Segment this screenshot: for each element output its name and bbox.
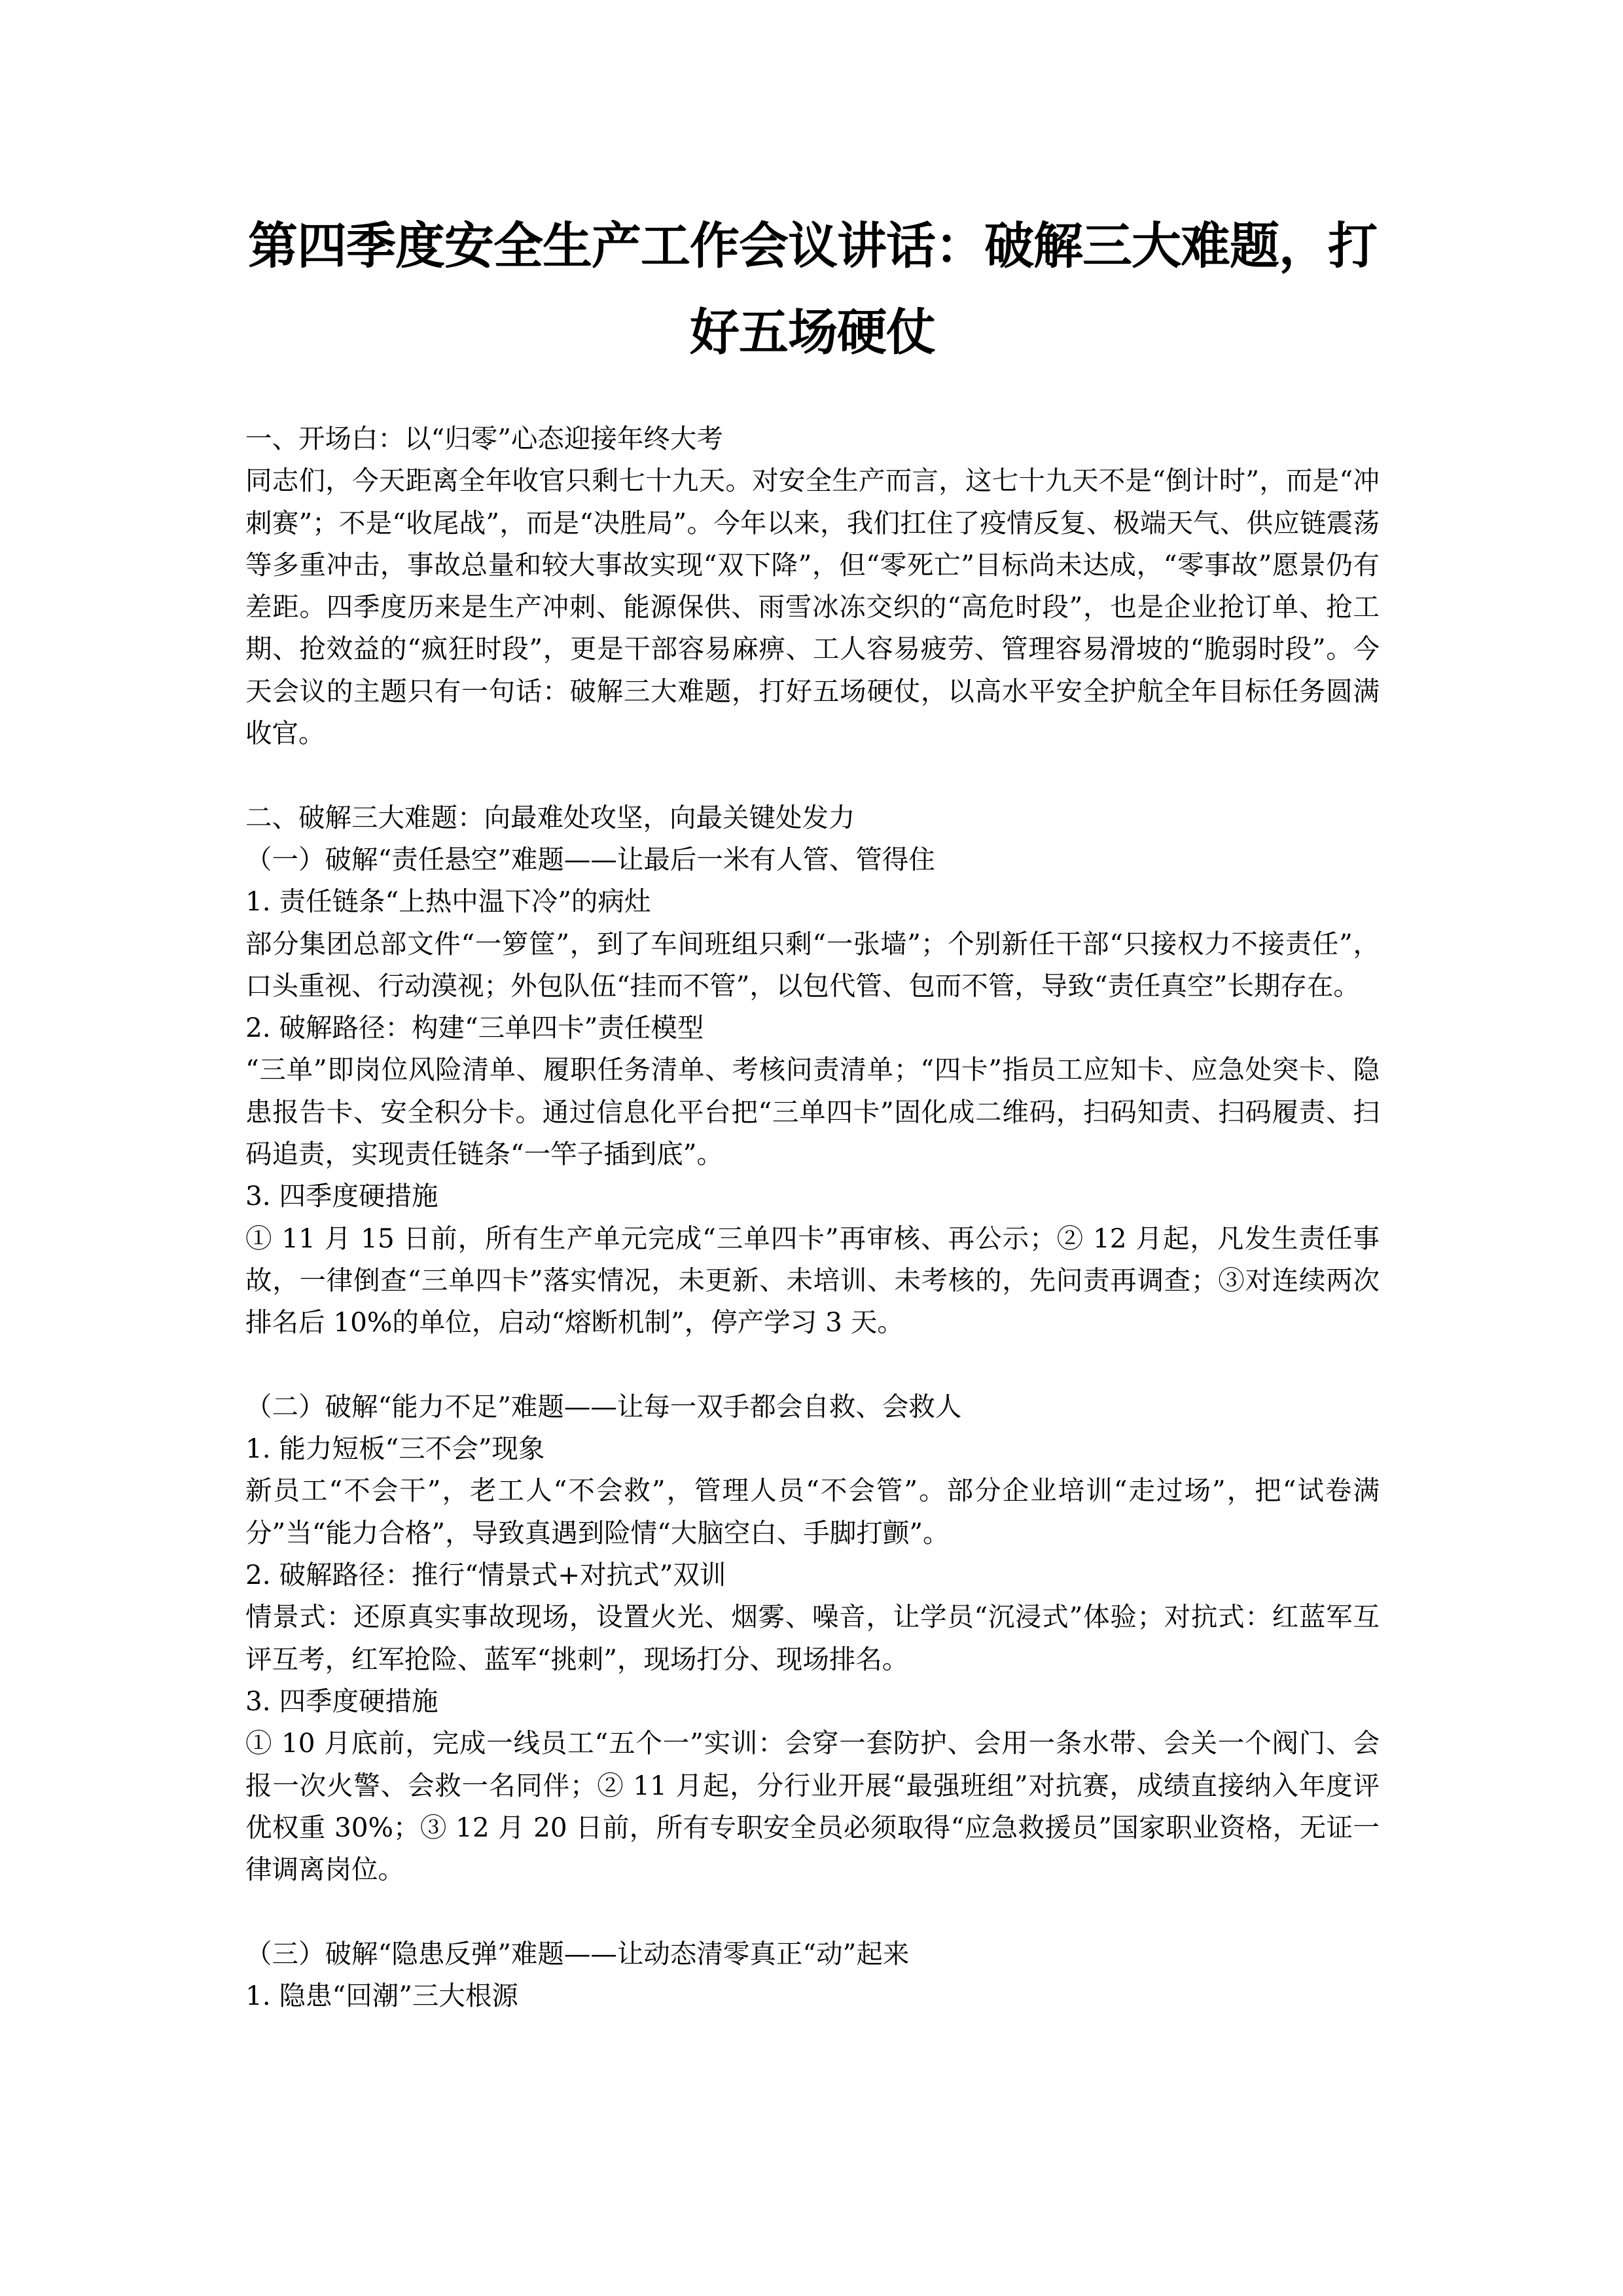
document-body: 一、开场白：以“归零”心态迎接年终大考 同志们，今天距离全年收官只剩七十九天。对…	[245, 418, 1380, 2017]
item-heading: 2. 破解路径：推行“情景式+对抗式”双训	[245, 1554, 1380, 1596]
item-heading: 3. 四季度硬措施	[245, 1175, 1380, 1217]
item-heading: 1. 责任链条“上热中温下冷”的病灶	[245, 880, 1380, 922]
subsection-heading: （二）破解“能力不足”难题——让每一双手都会自救、会救人	[245, 1386, 1380, 1427]
document-title: 第四季度安全生产工作会议讲话：破解三大难题，打好五场硬仗	[245, 203, 1380, 376]
spacer	[245, 754, 1380, 796]
item-heading: 1. 能力短板“三不会”现象	[245, 1427, 1380, 1469]
paragraph: 同志们，今天距离全年收官只剩七十九天。对安全生产而言，这七十九天不是“倒计时”，…	[245, 459, 1380, 754]
subsection-heading: （三）破解“隐患反弹”难题——让动态清零真正“动”起来	[245, 1933, 1380, 1975]
paragraph: 情景式：还原真实事故现场，设置火光、烟雾、噪音，让学员“沉浸式”体验；对抗式：红…	[245, 1596, 1380, 1680]
section-heading: 二、破解三大难题：向最难处攻坚，向最关键处发力	[245, 797, 1380, 838]
item-heading: 2. 破解路径：构建“三单四卡”责任模型	[245, 1007, 1380, 1049]
paragraph: ① 10 月底前，完成一线员工“五个一”实训：会穿一套防护、会用一条水带、会关一…	[245, 1722, 1380, 1890]
item-heading: 3. 四季度硬措施	[245, 1680, 1380, 1722]
section-heading: 一、开场白：以“归零”心态迎接年终大考	[245, 418, 1380, 459]
spacer	[245, 1344, 1380, 1386]
paragraph: 部分集团总部文件“一箩筐”，到了车间班组只剩“一张墙”；个别新任干部“只接权力不…	[245, 923, 1380, 1007]
item-heading: 1. 隐患“回潮”三大根源	[245, 1975, 1380, 2017]
paragraph: 新员工“不会干”，老工人“不会救”，管理人员“不会管”。部分企业培训“走过场”，…	[245, 1469, 1380, 1554]
spacer	[245, 1890, 1380, 1932]
subsection-heading: （一）破解“责任悬空”难题——让最后一米有人管、管得住	[245, 838, 1380, 880]
paragraph: “三单”即岗位风险清单、履职任务清单、考核问责清单；“四卡”指员工应知卡、应急处…	[245, 1049, 1380, 1175]
paragraph: ① 11 月 15 日前，所有生产单元完成“三单四卡”再审核、再公示；② 12 …	[245, 1217, 1380, 1344]
